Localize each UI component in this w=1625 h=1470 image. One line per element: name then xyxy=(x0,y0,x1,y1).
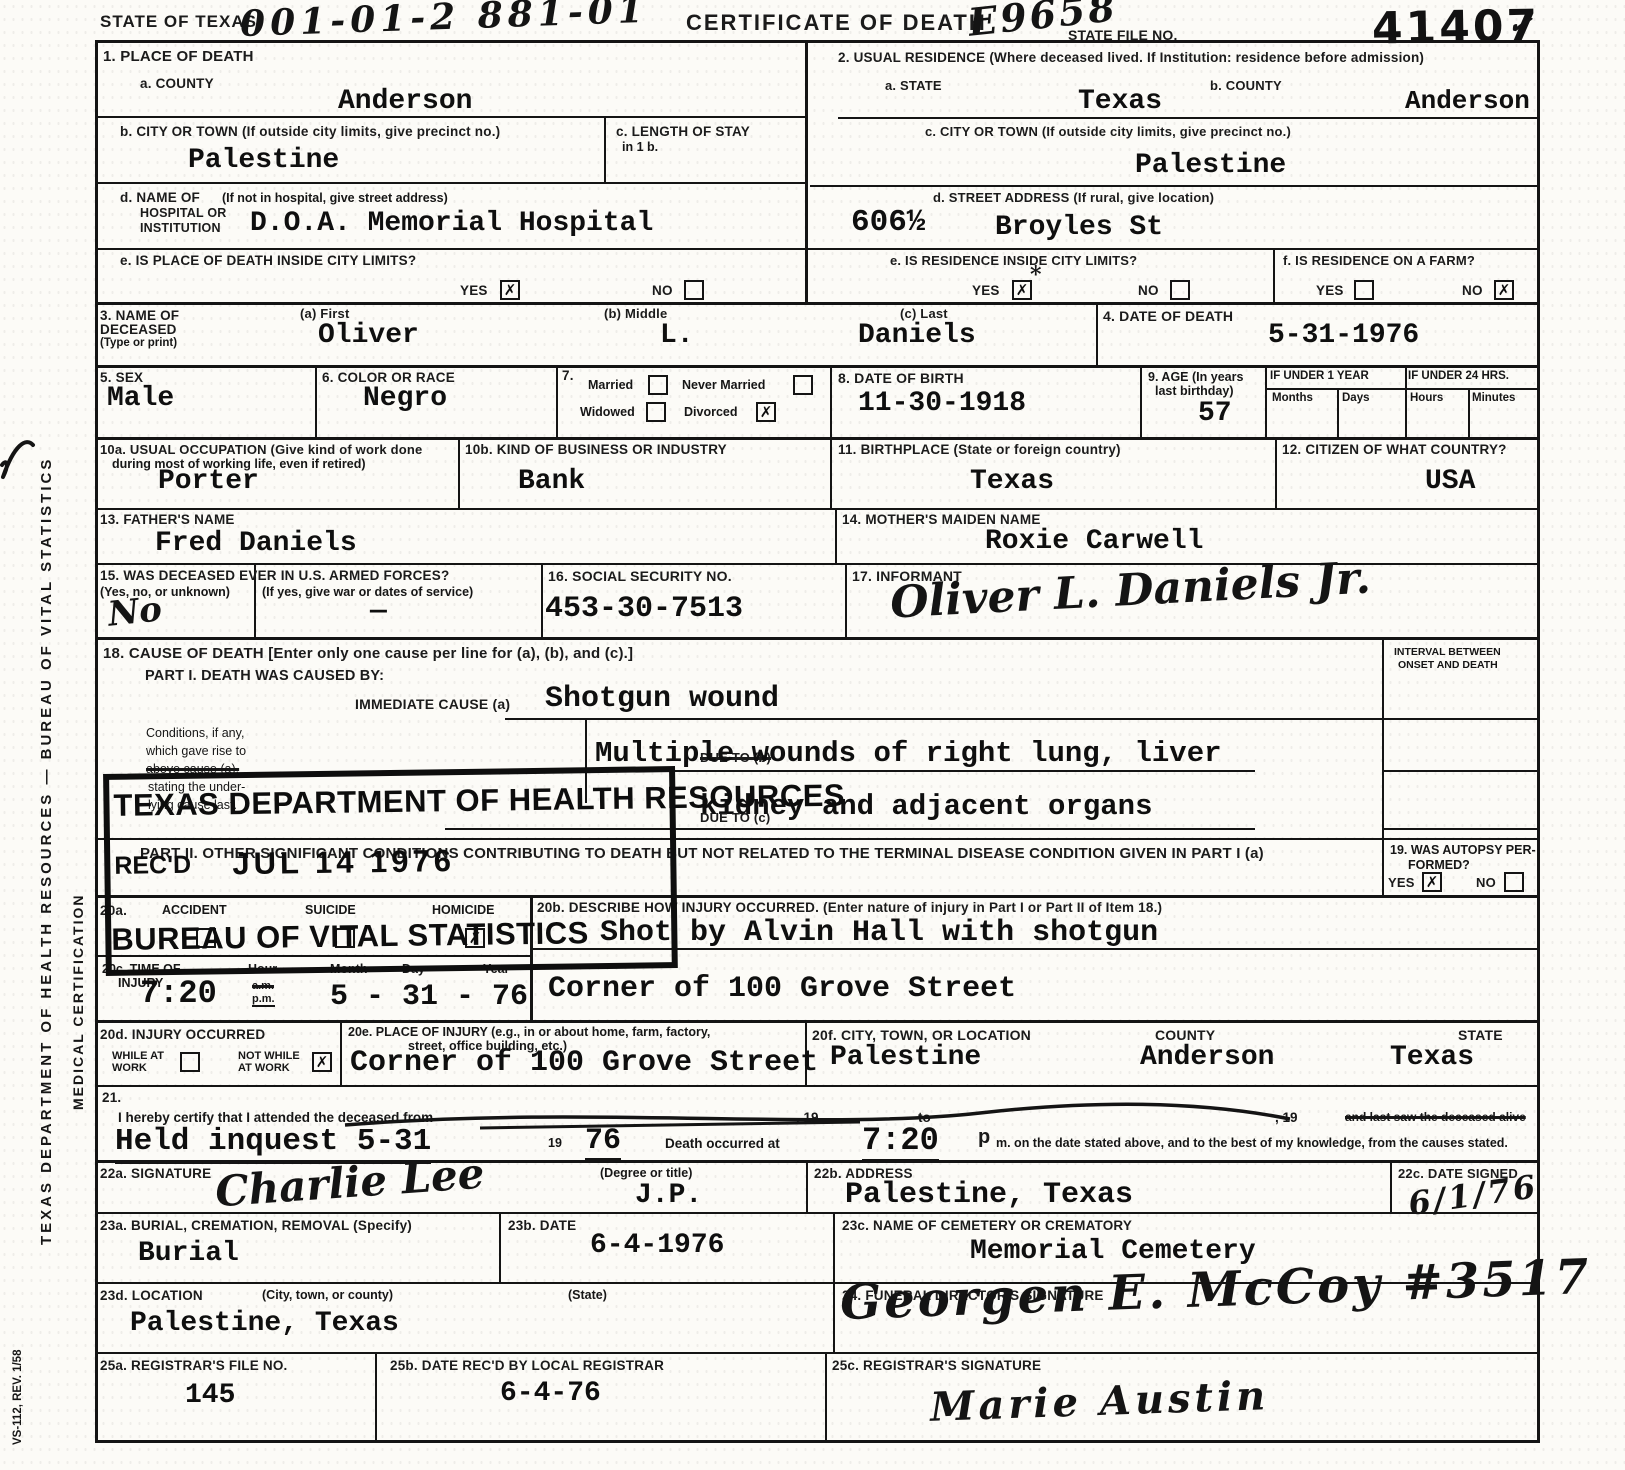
certify-strike-scrawl xyxy=(340,1095,1300,1135)
death-certificate-scan: TEXAS DEPARTMENT OF HEALTH RESOURCES — B… xyxy=(0,0,1625,1470)
rule xyxy=(805,40,808,302)
rule xyxy=(556,365,558,437)
no-label: NO xyxy=(652,283,673,298)
yes-label: YES xyxy=(460,283,488,298)
rule xyxy=(830,437,832,508)
birthplace-label: 11. BIRTHPLACE (State or foreign country… xyxy=(838,442,1121,457)
citizen-value: USA xyxy=(1425,466,1475,497)
county-value: Anderson xyxy=(338,86,472,117)
date-of-birth-value: 11-30-1918 xyxy=(858,388,1026,419)
residence-state-value: Texas xyxy=(1078,86,1162,117)
immediate-cause-value: Shotgun wound xyxy=(545,682,779,716)
day-label: Day xyxy=(402,962,425,976)
registrar-signature-label: 25c. REGISTRAR'S SIGNATURE xyxy=(832,1358,1041,1373)
armed-forces-paren-2: (If yes, give war or dates of service) xyxy=(262,585,473,599)
certify-number-label: 21. xyxy=(102,1090,121,1105)
burial-location-paren-2: (State) xyxy=(568,1288,607,1302)
usual-residence-title: 2. USUAL RESIDENCE (Where deceased lived… xyxy=(838,50,1424,65)
length-of-stay-sub: in 1 b. xyxy=(622,140,658,154)
rule xyxy=(1382,770,1538,772)
minutes-label: Minutes xyxy=(1472,392,1515,404)
checkbox-autopsy-yes: ✗ xyxy=(1422,872,1442,892)
never-married-label: Never Married xyxy=(682,378,765,392)
ssn-label: 16. SOCIAL SECURITY NO. xyxy=(548,568,732,584)
rule xyxy=(95,182,805,184)
hospital-label-3: INSTITUTION xyxy=(140,221,221,235)
conditions-note-4: stating the under- xyxy=(148,780,245,794)
month-label: Month xyxy=(330,962,367,976)
place-of-death-title: 1. PLACE OF DEATH xyxy=(103,48,254,65)
cause-of-death-title: 18. CAUSE OF DEATH [Enter only one cause… xyxy=(103,645,633,662)
injury-county-label: COUNTY xyxy=(1155,1027,1215,1043)
rule xyxy=(499,1212,501,1282)
months-label: Months xyxy=(1272,392,1313,404)
yes-label: YES xyxy=(972,283,1000,298)
name-of-deceased-label-2: DECEASED xyxy=(100,322,177,337)
rule xyxy=(1096,302,1098,365)
yes-label: YES xyxy=(1316,283,1344,298)
certificate-title: CERTIFICATE OF DEATH xyxy=(686,10,987,36)
residence-county-value: Anderson xyxy=(1405,86,1530,116)
checkbox-while-at-work xyxy=(180,1052,200,1072)
rule xyxy=(458,437,460,508)
rule xyxy=(95,508,1538,510)
name-of-deceased-label-1: 3. NAME OF xyxy=(100,308,179,323)
describe-injury-label: 20b. DESCRIBE HOW INJURY OCCURRED. (Ente… xyxy=(537,900,1162,915)
cemetery-label: 23c. NAME OF CEMETERY OR CREMATORY xyxy=(842,1218,1132,1233)
rule xyxy=(95,1020,1538,1023)
age-value: 57 xyxy=(1198,398,1232,429)
no-label: NO xyxy=(1476,875,1496,890)
rule xyxy=(95,895,1538,898)
residence-county-label: b. COUNTY xyxy=(1210,78,1282,93)
middle-name-value: L. xyxy=(660,320,694,351)
injury-city-value: Palestine xyxy=(830,1042,981,1073)
date-of-death-label: 4. DATE OF DEATH xyxy=(1103,308,1233,324)
hospital-name-label: d. NAME OF xyxy=(120,190,200,205)
last-name-value: Daniels xyxy=(858,320,976,351)
rule xyxy=(1265,365,1267,437)
armed-forces-answer: No xyxy=(106,589,164,634)
pen-mark-asterisk: * xyxy=(1030,262,1042,288)
conditions-note-5: lying cause last. xyxy=(148,798,237,812)
rule xyxy=(825,1352,827,1442)
rule xyxy=(810,185,1538,187)
checkbox-accident xyxy=(196,928,216,948)
date-recd-label: 25b. DATE REC'D BY LOCAL REGISTRAR xyxy=(390,1358,664,1373)
part1-label: PART I. DEATH WAS CAUSED BY: xyxy=(145,668,384,684)
injury-date-value: 5 - 31 - 76 xyxy=(330,980,528,1014)
while-at-work-label-1: WHILE AT xyxy=(112,1050,164,1062)
checkbox-widowed xyxy=(646,402,666,422)
widowed-label: Widowed xyxy=(580,405,635,419)
rule xyxy=(375,1352,377,1442)
injury-state-label: STATE xyxy=(1458,1027,1503,1043)
conditions-note-1: Conditions, if any, xyxy=(146,726,244,740)
city-label: b. CITY OR TOWN (If outside city limits,… xyxy=(120,124,500,139)
rule xyxy=(835,508,837,563)
divorced-label: Divorced xyxy=(684,405,738,419)
first-name-label: (a) First xyxy=(300,306,349,321)
rule xyxy=(1265,388,1538,390)
rule xyxy=(604,116,606,182)
injury-state-value: Texas xyxy=(1390,1042,1474,1073)
burial-date-value: 6-4-1976 xyxy=(590,1230,724,1261)
residence-city-value: Palestine xyxy=(1135,150,1286,181)
am-label: a.m. xyxy=(252,980,274,992)
checkbox-autopsy-no xyxy=(1504,872,1524,892)
hospital-name-paren: (If not in hospital, give street address… xyxy=(222,191,448,205)
rule xyxy=(1382,637,1384,895)
street-number-value: 606½ xyxy=(851,205,925,240)
rule xyxy=(530,895,533,1020)
age-label-1: 9. AGE (In years xyxy=(1148,370,1243,384)
rule xyxy=(838,117,1538,119)
while-at-work-label-2: WORK xyxy=(112,1062,147,1074)
autopsy-label-1: 19. WAS AUTOPSY PER- xyxy=(1390,843,1536,857)
burial-location-paren-1: (City, town, or county) xyxy=(262,1288,393,1302)
accident-label: ACCIDENT xyxy=(162,903,227,917)
burial-date-label: 23b. DATE xyxy=(508,1218,576,1233)
rule xyxy=(95,40,1540,43)
rule xyxy=(95,955,530,957)
interval-header-1: INTERVAL BETWEEN xyxy=(1394,646,1501,658)
rule xyxy=(445,770,1255,772)
occupation-value: Porter xyxy=(158,466,259,497)
rule xyxy=(95,302,1538,305)
rule xyxy=(445,828,1255,830)
checkbox-divorced: ✗ xyxy=(756,402,776,422)
place-of-injury-value: Corner of 100 Grove Street xyxy=(350,1046,818,1080)
mothers-maiden-name-value: Roxie Carwell xyxy=(985,526,1203,557)
length-of-stay-label: c. LENGTH OF STAY xyxy=(616,124,750,139)
burial-location-value: Palestine, Texas xyxy=(130,1308,399,1339)
registrar-signature: Marie Austin xyxy=(929,1372,1270,1431)
armed-forces-label: 15. WAS DECEASED EVER IN U.S. ARMED FORC… xyxy=(100,568,449,583)
checkbox-farm-yes xyxy=(1354,280,1374,300)
if-under-1-year-label: IF UNDER 1 YEAR xyxy=(1270,370,1369,382)
typed-year-value: 76 xyxy=(585,1124,621,1161)
marital-number-label: 7. xyxy=(562,368,574,383)
race-value: Negro xyxy=(363,383,447,414)
no-label: NO xyxy=(1462,283,1483,298)
rule xyxy=(1382,828,1538,830)
rule xyxy=(95,1212,1538,1214)
not-while-at-work-label-1: NOT WHILE xyxy=(238,1050,300,1062)
place-of-injury-label-1: 20e. PLACE OF INJURY (e.g., in or about … xyxy=(348,1025,710,1039)
checkbox-homicide: ✗ xyxy=(465,928,485,948)
no-label: NO xyxy=(1138,283,1159,298)
funeral-director-signature: Georgen E. McCoy #3517 xyxy=(839,1249,1592,1331)
rule xyxy=(1273,248,1275,302)
burial-location-label: 23d. LOCATION xyxy=(100,1288,203,1303)
residence-farm-label: f. IS RESIDENCE ON A FARM? xyxy=(1283,253,1475,268)
interval-header-2: ONSET AND DEATH xyxy=(1398,659,1498,671)
rule xyxy=(95,1352,1538,1354)
checkbox-not-while-at-work: ✗ xyxy=(312,1052,332,1072)
checkbox-death-city-yes: ✗ xyxy=(500,280,520,300)
married-label: Married xyxy=(588,378,633,392)
sex-value: Male xyxy=(107,383,174,414)
state-of-texas-label: STATE OF TEXAS xyxy=(100,12,257,32)
handwritten-district-code: 001-01-2 881-01 xyxy=(239,0,648,45)
checkbox-suicide xyxy=(335,928,355,948)
year-label: Year xyxy=(483,962,509,976)
checkbox-married xyxy=(648,375,668,395)
business-label: 10b. KIND OF BUSINESS OR INDUSTRY xyxy=(465,442,727,457)
injury-location-line: Corner of 100 Grove Street xyxy=(548,972,1016,1006)
rule xyxy=(806,1160,808,1212)
checkbox-death-city-no xyxy=(684,280,704,300)
fathers-name-value: Fred Daniels xyxy=(155,528,357,559)
death-time-p: p xyxy=(978,1126,990,1149)
hour-value: 7:20 xyxy=(140,975,217,1012)
residence-city-limits-label: e. IS RESIDENCE INSIDE CITY LIMITS? xyxy=(890,253,1137,268)
burial-value: Burial xyxy=(138,1238,239,1269)
hours-label: Hours xyxy=(1410,392,1443,404)
occupation-label-1: 10a. USUAL OCCUPATION (Give kind of work… xyxy=(100,442,423,457)
certify-text-2: and last saw the deceased alive xyxy=(1345,1110,1526,1124)
date-of-death-value: 5-31-1976 xyxy=(1268,320,1419,351)
typed-year-prefix: 19 xyxy=(548,1136,562,1150)
suicide-label: SUICIDE xyxy=(305,903,356,917)
degree-value: J.P. xyxy=(635,1180,702,1211)
checkbox-residence-city-yes: ✗ xyxy=(1012,280,1032,300)
date-of-birth-label: 8. DATE OF BIRTH xyxy=(838,370,964,386)
county-label: a. COUNTY xyxy=(140,76,214,91)
death-time-value: 7:20 xyxy=(862,1122,939,1162)
hour-label: Hour xyxy=(248,962,277,976)
margin-medical-certification-text: MEDICAL CERTIFICATION xyxy=(70,680,86,1110)
fathers-name-label: 13. FATHER'S NAME xyxy=(100,512,235,527)
rule xyxy=(1382,718,1538,720)
rule xyxy=(95,248,1538,250)
degree-or-title-label: (Degree or title) xyxy=(600,1166,692,1180)
injury-city-label: 20f. CITY, TOWN, OR LOCATION xyxy=(812,1027,1031,1043)
autopsy-label-2: FORMED? xyxy=(1408,858,1470,872)
hospital-value: D.O.A. Memorial Hospital xyxy=(250,208,653,239)
rule xyxy=(1537,40,1540,1443)
rule xyxy=(1405,365,1407,437)
last-name-label: (c) Last xyxy=(900,306,948,321)
armed-forces-dash: — xyxy=(370,596,387,627)
conditions-note-2: which gave rise to xyxy=(146,744,246,758)
cause-b-line-1: Multiple wounds of right lung, liver xyxy=(595,737,1222,770)
rule xyxy=(585,718,587,803)
date-recd-value: 6-4-76 xyxy=(500,1378,601,1409)
rule xyxy=(541,563,543,637)
rule xyxy=(95,40,98,1443)
rule xyxy=(95,838,1538,840)
margin-department-text: TEXAS DEPARTMENT OF HEALTH RESOURCES — B… xyxy=(38,245,55,1245)
certify-text-4: m. on the date stated above, and to the … xyxy=(996,1136,1508,1150)
margin-form-code: VS-112, REV. 1/58 xyxy=(12,1285,24,1445)
mothers-maiden-name-label: 14. MOTHER'S MAIDEN NAME xyxy=(842,512,1041,527)
not-while-at-work-label-2: AT WORK xyxy=(238,1062,290,1074)
death-occurred-label: Death occurred at xyxy=(665,1136,780,1151)
checkbox-never-married xyxy=(793,375,813,395)
yes-label: YES xyxy=(1388,875,1415,890)
rule xyxy=(1337,388,1339,437)
residence-city-label: c. CITY OR TOWN (If outside city limits,… xyxy=(925,124,1291,139)
rule xyxy=(830,365,832,437)
injury-description-value: Shot by Alvin Hall with shotgun xyxy=(600,916,1158,950)
street-address-label: d. STREET ADDRESS (If rural, give locati… xyxy=(933,190,1214,205)
ssn-value: 453-30-7513 xyxy=(545,592,743,626)
street-name-value: Broyles St xyxy=(995,212,1163,243)
birthplace-value: Texas xyxy=(970,466,1054,497)
rule xyxy=(95,1440,1540,1443)
rule xyxy=(1140,365,1142,437)
registrar-file-no-value: 145 xyxy=(185,1380,235,1411)
age-label-2: last birthday) xyxy=(1155,384,1234,398)
registrar-file-no-label: 25a. REGISTRAR'S FILE NO. xyxy=(100,1358,288,1373)
name-of-deceased-label-3: (Type or print) xyxy=(100,337,177,349)
citizen-label: 12. CITIZEN OF WHAT COUNTRY? xyxy=(1282,442,1507,457)
pm-label: p.m. xyxy=(252,993,275,1007)
rule xyxy=(845,563,847,637)
part2-label: PART II. OTHER SIGNIFICANT CONDITIONS CO… xyxy=(140,845,1264,862)
residence-state-label: a. STATE xyxy=(885,78,942,93)
rule xyxy=(95,1085,1538,1087)
manner-number-label: 20a. xyxy=(100,903,127,918)
due-to-c-label: DUE TO (c) xyxy=(700,810,770,825)
homicide-label: HOMICIDE xyxy=(432,903,495,917)
rule xyxy=(833,1212,835,1282)
middle-name-label: (b) Middle xyxy=(604,306,667,321)
rule xyxy=(315,365,317,437)
if-under-24-hrs-label: IF UNDER 24 HRS. xyxy=(1408,370,1509,382)
city-value: Palestine xyxy=(188,145,339,176)
hospital-label-2: HOSPITAL OR xyxy=(140,206,226,220)
margin-pen-mark xyxy=(0,415,40,485)
rule xyxy=(1390,1160,1392,1212)
rule xyxy=(95,437,1538,440)
first-name-value: Oliver xyxy=(318,320,419,351)
rule xyxy=(505,718,1382,720)
injury-county-value: Anderson xyxy=(1140,1042,1274,1073)
rule xyxy=(1275,437,1277,508)
checkbox-farm-no: ✗ xyxy=(1494,280,1514,300)
time-of-injury-label-1: 20c. TIME OF xyxy=(102,962,181,976)
burial-cremation-label: 23a. BURIAL, CREMATION, REMOVAL (Specify… xyxy=(100,1218,412,1233)
rule xyxy=(833,1282,835,1352)
rule xyxy=(95,365,1538,368)
days-label: Days xyxy=(1342,392,1370,404)
rule xyxy=(95,637,1538,640)
signature-label: 22a. SIGNATURE xyxy=(100,1166,211,1181)
certifier-address-value: Palestine, Texas xyxy=(845,1178,1133,1212)
rule xyxy=(340,1020,342,1085)
checkbox-residence-city-no xyxy=(1170,280,1190,300)
injury-occurred-label: 20d. INJURY OCCURRED xyxy=(100,1027,265,1042)
death-inside-city-limits-label: e. IS PLACE OF DEATH INSIDE CITY LIMITS? xyxy=(120,253,416,268)
immediate-cause-label: IMMEDIATE CAUSE (a) xyxy=(355,696,510,712)
rule xyxy=(1468,388,1470,437)
conditions-note-3: above cause (a), xyxy=(146,762,239,776)
business-value: Bank xyxy=(518,466,585,497)
